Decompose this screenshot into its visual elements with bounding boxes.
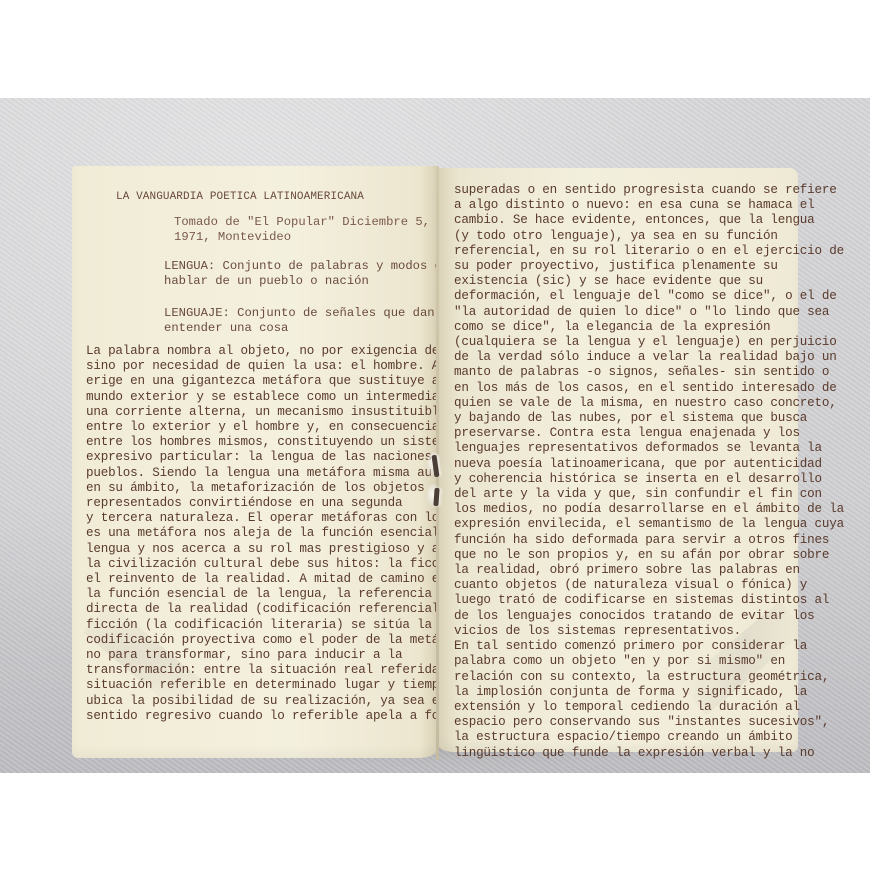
source-citation: Tomado de "El Popular" Diciembre 5, 1971… bbox=[174, 215, 430, 245]
left-page: LA VANGUARDIA POETICA LATINOAMERICANA To… bbox=[72, 166, 438, 758]
left-body-text: La palabra nombra al objeto, no por exig… bbox=[86, 344, 483, 724]
definition-line: LENGUA: Conjunto de palabras y modos de bbox=[164, 259, 449, 273]
definition-line: hablar de un pueblo o nación bbox=[164, 274, 369, 288]
source-line-2: 1971, Montevideo bbox=[174, 230, 291, 244]
definition-lenguaje: LENGUAJE: Conjunto de señales que dan a … bbox=[164, 306, 449, 336]
right-body-text: superadas o en sentido progresista cuand… bbox=[454, 183, 844, 761]
document-title: LA VANGUARDIA POETICA LATINOAMERICANA bbox=[116, 191, 364, 203]
definition-line: LENGUAJE: Conjunto de señales que dan a bbox=[164, 306, 449, 320]
right-page: superadas o en sentido progresista cuand… bbox=[438, 168, 798, 752]
source-line-1: Tomado de "El Popular" Diciembre 5, bbox=[174, 215, 430, 229]
definition-lengua: LENGUA: Conjunto de palabras y modos de … bbox=[164, 259, 449, 289]
definition-line: entender una cosa bbox=[164, 321, 288, 335]
